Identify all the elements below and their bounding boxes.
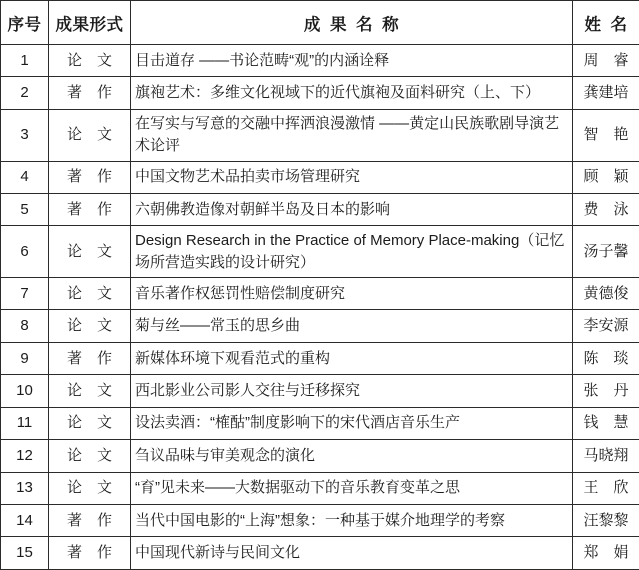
row-result-form: 论 文 (49, 109, 131, 161)
row-serial-no: 6 (1, 226, 49, 278)
row-author-name: 智 艳 (573, 109, 639, 161)
row-author-name: 龚建培 (573, 77, 639, 109)
row-result-form: 著 作 (49, 505, 131, 537)
row-result-title: 中国文物艺术品拍卖市场管理研究 (131, 161, 573, 193)
row-serial-no: 7 (1, 278, 49, 310)
row-serial-no: 9 (1, 342, 49, 374)
col-header-result-title: 成 果 名 称 (131, 1, 573, 45)
row-serial-no: 3 (1, 109, 49, 161)
table-row: 9 著 作 新媒体环境下观看范式的重构 陈 琰 (1, 342, 639, 374)
row-author-name: 郑 娟 (573, 537, 639, 570)
table-body: 1 论 文 目击道存 ——书论范畴“观”的内涵诠释 周 睿 2 著 作 旗袍艺术… (1, 45, 639, 570)
row-author-name: 汪黎黎 (573, 505, 639, 537)
table-row: 8 论 文 菊与丝——常玉的思乡曲 李安源 (1, 310, 639, 342)
row-author-name: 周 睿 (573, 45, 639, 77)
achievements-list-page: 序号 成果形式 成 果 名 称 姓 名 1 论 文 目击道存 ——书论范畴“观”… (0, 0, 639, 570)
table-row: 14 著 作 当代中国电影的“上海”想象：一种基于媒介地理学的考察 汪黎黎 (1, 505, 639, 537)
table-row: 12 论 文 刍议品味与审美观念的演化 马晓翔 (1, 440, 639, 472)
row-result-title: 设法卖酒：“榷酤”制度影响下的宋代酒店音乐生产 (131, 407, 573, 439)
col-header-serial-no: 序号 (1, 1, 49, 45)
row-result-form: 著 作 (49, 193, 131, 225)
row-author-name: 李安源 (573, 310, 639, 342)
row-author-name: 马晓翔 (573, 440, 639, 472)
row-serial-no: 2 (1, 77, 49, 109)
row-serial-no: 12 (1, 440, 49, 472)
row-author-name: 顾 颖 (573, 161, 639, 193)
header-row: 序号 成果形式 成 果 名 称 姓 名 (1, 1, 639, 45)
row-result-form: 论 文 (49, 226, 131, 278)
row-result-form: 著 作 (49, 161, 131, 193)
row-author-name: 王 欣 (573, 472, 639, 504)
row-result-title: 音乐著作权惩罚性赔偿制度研究 (131, 278, 573, 310)
table-row: 3 论 文 在写实与写意的交融中挥洒浪漫激情 ——黄定山民族歌剧导演艺术论评 智… (1, 109, 639, 161)
row-serial-no: 1 (1, 45, 49, 77)
col-header-name: 姓 名 (573, 1, 639, 45)
row-result-title: 西北影业公司影人交往与迁移探究 (131, 375, 573, 407)
table-row: 4 著 作 中国文物艺术品拍卖市场管理研究 顾 颖 (1, 161, 639, 193)
table-row: 13 论 文 “育”见未来——大数据驱动下的音乐教育变革之思 王 欣 (1, 472, 639, 504)
row-result-title: 目击道存 ——书论范畴“观”的内涵诠释 (131, 45, 573, 77)
row-author-name: 陈 琰 (573, 342, 639, 374)
row-result-form: 论 文 (49, 440, 131, 472)
row-serial-no: 11 (1, 407, 49, 439)
row-author-name: 费 泳 (573, 193, 639, 225)
row-serial-no: 4 (1, 161, 49, 193)
row-result-form: 论 文 (49, 407, 131, 439)
row-serial-no: 13 (1, 472, 49, 504)
row-result-form: 论 文 (49, 45, 131, 77)
table-row: 10 论 文 西北影业公司影人交往与迁移探究 张 丹 (1, 375, 639, 407)
row-result-form: 著 作 (49, 77, 131, 109)
row-author-name: 汤子馨 (573, 226, 639, 278)
row-result-title: “育”见未来——大数据驱动下的音乐教育变革之思 (131, 472, 573, 504)
row-result-title: Design Research in the Practice of Memor… (131, 226, 573, 278)
row-result-title: 新媒体环境下观看范式的重构 (131, 342, 573, 374)
row-result-form: 论 文 (49, 375, 131, 407)
table-row: 1 论 文 目击道存 ——书论范畴“观”的内涵诠释 周 睿 (1, 45, 639, 77)
table-row: 7 论 文 音乐著作权惩罚性赔偿制度研究 黄德俊 (1, 278, 639, 310)
row-serial-no: 5 (1, 193, 49, 225)
row-result-title: 中国现代新诗与民间文化 (131, 537, 573, 570)
row-serial-no: 15 (1, 537, 49, 570)
row-result-title: 当代中国电影的“上海”想象：一种基于媒介地理学的考察 (131, 505, 573, 537)
table-row: 6 论 文 Design Research in the Practice of… (1, 226, 639, 278)
row-result-title: 在写实与写意的交融中挥洒浪漫激情 ——黄定山民族歌剧导演艺术论评 (131, 109, 573, 161)
row-serial-no: 8 (1, 310, 49, 342)
row-result-title: 旗袍艺术：多维文化视域下的近代旗袍及面料研究（上、下） (131, 77, 573, 109)
row-result-form: 论 文 (49, 472, 131, 504)
row-result-form: 论 文 (49, 310, 131, 342)
row-author-name: 黄德俊 (573, 278, 639, 310)
row-result-form: 论 文 (49, 278, 131, 310)
row-serial-no: 10 (1, 375, 49, 407)
achievements-table: 序号 成果形式 成 果 名 称 姓 名 1 论 文 目击道存 ——书论范畴“观”… (0, 0, 639, 570)
row-result-form: 著 作 (49, 537, 131, 570)
row-result-form: 著 作 (49, 342, 131, 374)
row-result-title: 刍议品味与审美观念的演化 (131, 440, 573, 472)
row-result-title: 菊与丝——常玉的思乡曲 (131, 310, 573, 342)
table-row: 5 著 作 六朝佛教造像对朝鲜半岛及日本的影响 费 泳 (1, 193, 639, 225)
table-row: 2 著 作 旗袍艺术：多维文化视域下的近代旗袍及面料研究（上、下） 龚建培 (1, 77, 639, 109)
table-header: 序号 成果形式 成 果 名 称 姓 名 (1, 1, 639, 45)
row-author-name: 钱 慧 (573, 407, 639, 439)
row-serial-no: 14 (1, 505, 49, 537)
row-author-name: 张 丹 (573, 375, 639, 407)
table-row: 11 论 文 设法卖酒：“榷酤”制度影响下的宋代酒店音乐生产 钱 慧 (1, 407, 639, 439)
col-header-result-form: 成果形式 (49, 1, 131, 45)
table-row: 15 著 作 中国现代新诗与民间文化 郑 娟 (1, 537, 639, 570)
row-result-title: 六朝佛教造像对朝鲜半岛及日本的影响 (131, 193, 573, 225)
